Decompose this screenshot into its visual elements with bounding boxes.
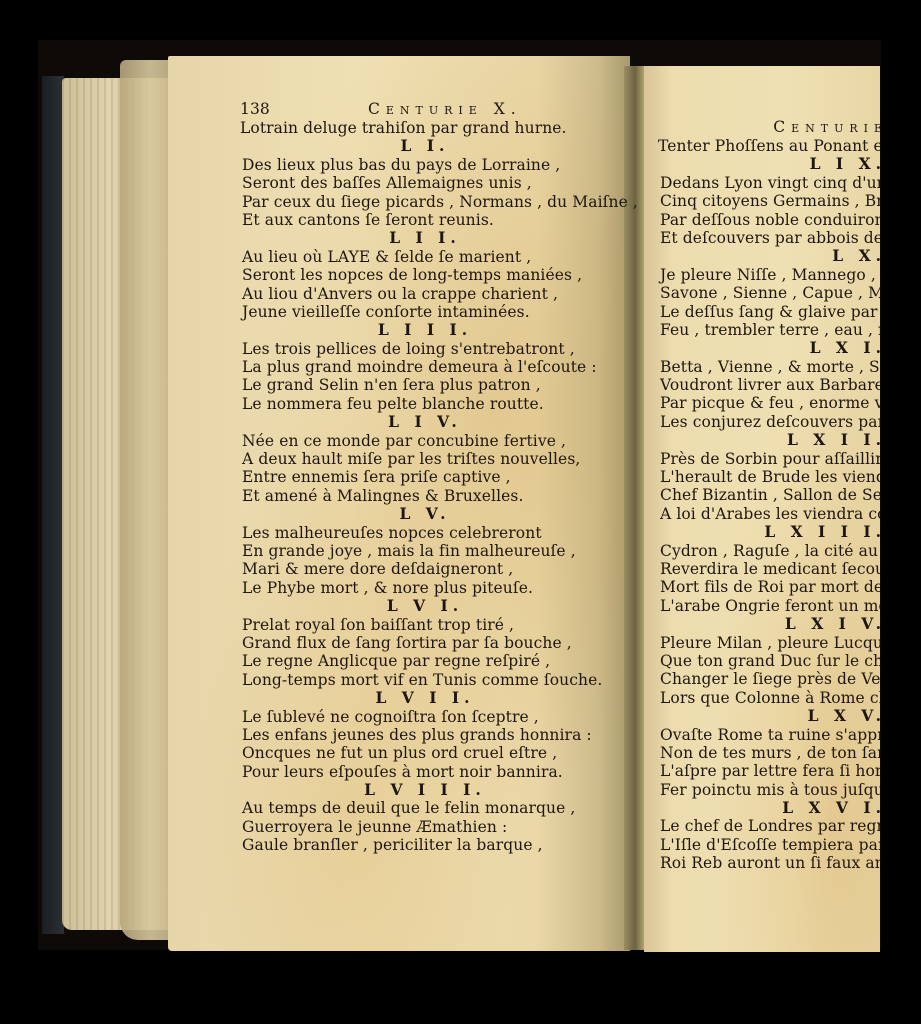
left-page-text: 138 Centurie X. Lotrain deluge trahiſon … <box>240 100 630 855</box>
verse-line: Née en ce monde par concubine fertive , <box>240 432 630 450</box>
quatrain-number: L X V I. <box>658 799 880 817</box>
verse-line: Au liou d'Anvers ou la crappe charient , <box>240 285 630 303</box>
verse-line: Betta , Vienne , & morte , Sa <box>658 358 880 376</box>
verse-line: Je pleure Niſſe , Mannego , Pi <box>658 266 880 284</box>
verse-line: Mari & mere dore deſdaigneront , <box>240 560 630 578</box>
quatrain-number: L I V. <box>240 413 610 431</box>
verse-line: Ovaſte Rome ta ruine s'approch <box>658 726 880 744</box>
verse-line: Chef Bizantin , Sallon de Sela <box>658 486 880 504</box>
verse-line: Oncques ne fut un plus ord cruel eſtre , <box>240 744 630 762</box>
verse-line: Pleure Milan , pleure Lucques , <box>658 634 880 652</box>
quatrain-number: L X I V. <box>658 615 880 633</box>
verse-line: Le regne Anglicque par regne reſpiré , <box>240 652 630 670</box>
quatrain-number: L X V. <box>658 707 880 725</box>
book-cover-edge <box>42 76 64 934</box>
verse-line: Entre ennemis ſera priſe captive , <box>240 468 630 486</box>
verse-line: Et deſcouvers par abbois de m <box>658 229 880 247</box>
verse-line: Fer poinctu mis à tous juſques a <box>658 781 880 799</box>
quatrain-number: L V I I I. <box>240 781 610 799</box>
verse-line: Roi Reb auront un ſi faux antec <box>658 854 880 872</box>
verse-line: Le nommera feu pelte blanche routte. <box>240 395 630 413</box>
verse-line: Le Phybe mort , & nore plus piteuſe. <box>240 579 630 597</box>
verse-line: Par ceux du ſiege picards , Normans , du… <box>240 193 630 211</box>
quatrain-list: L I.Des lieux plus bas du pays de Lorrai… <box>240 137 630 854</box>
verse-line: Par deſſous noble conduiront l <box>658 211 880 229</box>
quatrain-number: L V I. <box>240 597 610 615</box>
verse-line: Le chef de Londres par regne l'A <box>658 817 880 835</box>
verse-line: Voudront livrer aux Barbares P <box>658 376 880 394</box>
quatrain-number: L X I I I. <box>658 523 880 541</box>
verse-line: L'arabe Ongrie feront un meſme <box>658 597 880 615</box>
page-number: 138 <box>240 100 270 118</box>
carry-over-line: Tenter Phoſſens au Ponant en <box>658 137 880 155</box>
quatrain-number: L I X. <box>658 155 880 173</box>
verse-line: Savone , Sienne , Capue , Mo <box>658 284 880 302</box>
verse-line: L'aſpre par lettre fera ſi horrible <box>658 762 880 780</box>
verse-line: L'herault de Brude les viendra <box>658 468 880 486</box>
verse-line: Cydron , Raguſe , la cité au ſai <box>658 542 880 560</box>
verse-line: Des lieux plus bas du pays de Lorraine , <box>240 156 630 174</box>
verse-line: Seront des baſſes Allemaignes unis , <box>240 174 630 192</box>
running-head-title: Centurie X. <box>368 100 522 118</box>
verse-line: Grand flux de ſang ſortira par ſa bouche… <box>240 634 630 652</box>
right-page-text: Centurie Tenter Phoſſens au Ponant en L … <box>658 118 880 873</box>
quatrain-number: L I. <box>240 137 610 155</box>
verse-line: Au lieu où LAYE & ſelde ſe marient , <box>240 248 630 266</box>
verse-line: A deux hault miſe par les triſtes nouvel… <box>240 450 630 468</box>
quatrain-list: L I X.Dedans Lyon vingt cinq d'uneCinq c… <box>658 155 880 872</box>
verse-line: Feu , trembler terre , eau , ma <box>658 321 880 339</box>
verse-line: Les malheureuſes nopces celebreront <box>240 524 630 542</box>
verse-line: Pour leurs eſpouſes à mort noir bannira. <box>240 763 630 781</box>
quatrain-number: L V I I. <box>240 689 610 707</box>
verse-line: Les trois pellices de loing s'entrebatro… <box>240 340 630 358</box>
verse-line: Changer le ſiege près de Veniſe <box>658 670 880 688</box>
verse-line: Que ton grand Duc ſur le char <box>658 652 880 670</box>
verse-line: Cinq citoyens Germains , Breſ <box>658 192 880 210</box>
quatrain-number: L I I I. <box>240 321 610 339</box>
quatrain-number: L X I. <box>658 339 880 357</box>
verse-line: A loi d'Arabes les viendra couv <box>658 505 880 523</box>
verse-line: Non de tes murs , de ton ſang & <box>658 744 880 762</box>
verse-line: L'Iſle d'Eſcoſſe tempiera par gel <box>658 836 880 854</box>
verse-line: Le ſublevé ne cognoiſtra ſon ſceptre , <box>240 708 630 726</box>
verse-line: Lors que Colonne à Rome chan <box>658 689 880 707</box>
quatrain-number: L V. <box>240 505 610 523</box>
verse-line: Et aux cantons ſe ſeront reunis. <box>240 211 630 229</box>
verse-line: Mort fils de Roi par mort de de <box>658 578 880 596</box>
verse-line: Seront les nopces de long-temps maniées … <box>240 266 630 284</box>
quatrain-number: L X. <box>658 247 880 265</box>
verse-line: En grande joye , mais la fin malheureuſe… <box>240 542 630 560</box>
verse-line: La plus grand moindre demeura à l'eſcout… <box>240 358 630 376</box>
verse-line: Guerroyera le jeunne Æmathien : <box>240 818 630 836</box>
carry-over-line: Lotrain deluge trahiſon par grand hurne. <box>240 119 630 137</box>
quatrain-number: L X I I. <box>658 431 880 449</box>
verse-line: Le grand Selin n'en ſera plus patron , <box>240 376 630 394</box>
verse-line: Long-temps mort vif en Tunis comme ſouch… <box>240 671 630 689</box>
quatrain-number: L I I. <box>240 229 610 247</box>
verse-line: Reverdira le medicant ſecours , <box>658 560 880 578</box>
verse-line: Le deſſus ſang & glaive par eſ <box>658 303 880 321</box>
verse-line: Au temps de deuil que le felin monarque … <box>240 799 630 817</box>
verse-line: Près de Sorbin pour aſſaillir On <box>658 450 880 468</box>
verse-line: Les conjurez deſcouvers par ma <box>658 413 880 431</box>
verse-line: Gaule branſler , periciliter la barque , <box>240 836 630 854</box>
verse-line: Jeune vieilleſſe conſorte intaminées. <box>240 303 630 321</box>
running-head: 138 Centurie X. <box>240 100 630 119</box>
verse-line: Et amené à Malingnes & Bruxelles. <box>240 487 630 505</box>
verse-line: Par picque & feu , enorme vio <box>658 394 880 412</box>
verse-line: Dedans Lyon vingt cinq d'une <box>658 174 880 192</box>
running-head-title: Centurie <box>658 118 880 137</box>
verse-line: Prelat royal ſon baiſſant trop tiré , <box>240 616 630 634</box>
verse-line: Les enfans jeunes des plus grands honnir… <box>240 726 630 744</box>
